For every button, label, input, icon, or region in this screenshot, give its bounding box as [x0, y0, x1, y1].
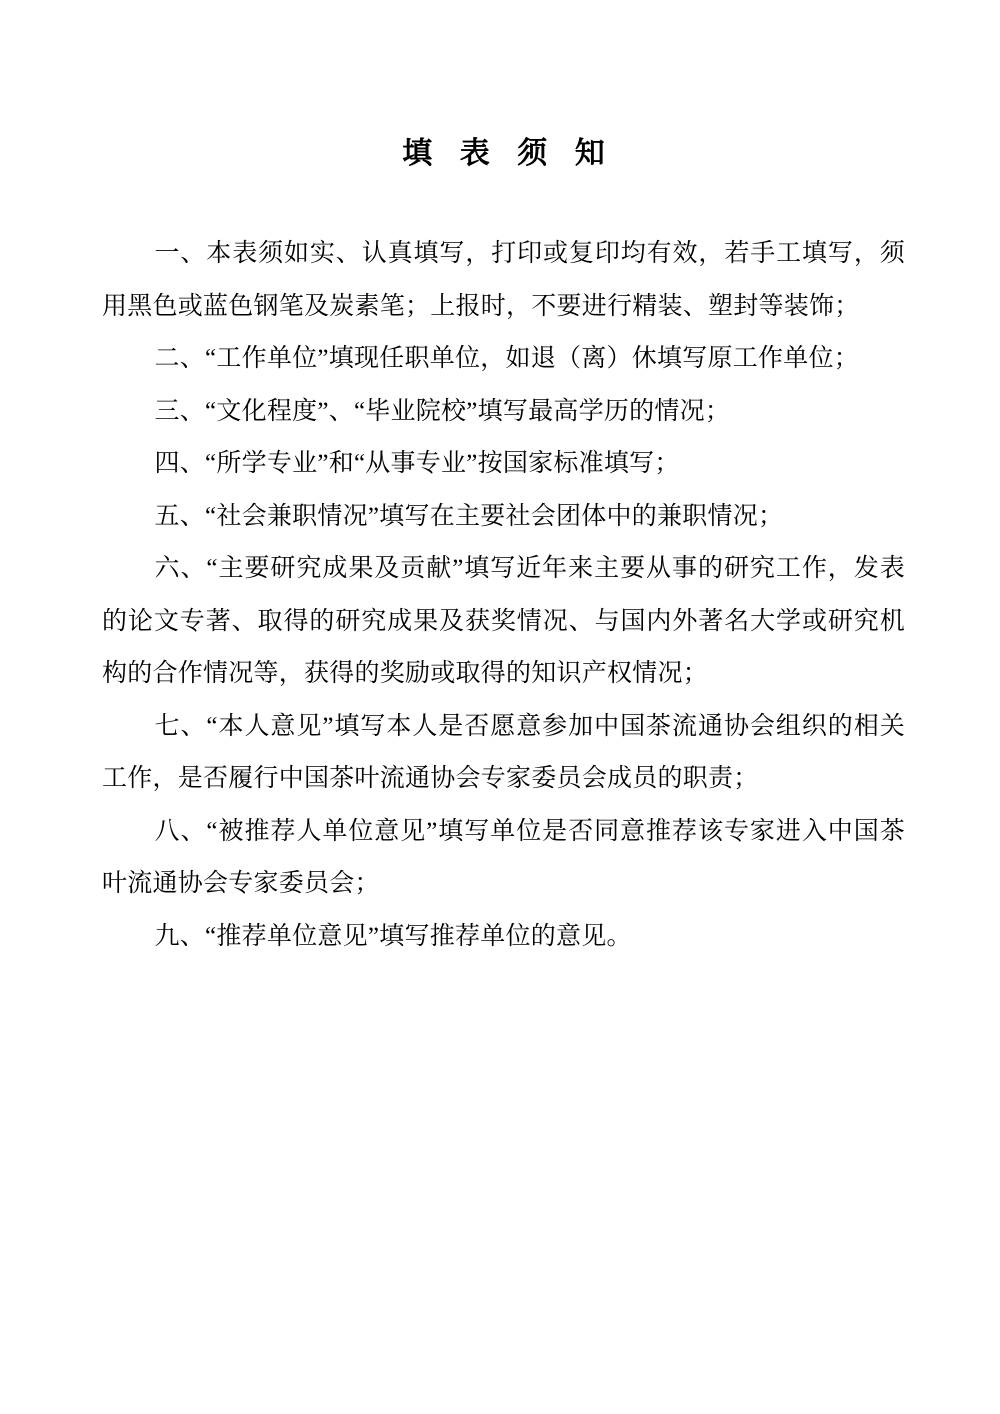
notice-paragraph-6: 六、“主要研究成果及贡献”填写近年来主要从事的研究工作，发表的论文专著、取得的研…: [102, 543, 905, 701]
notice-paragraph-5: 五、“社会兼职情况”填写在主要社会团体中的兼职情况；: [102, 491, 905, 544]
document-page: 填 表 须 知 一、本表须如实、认真填写，打印或复印均有效，若手工填写，须用黑色…: [0, 0, 1000, 1414]
page-title: 填 表 须 知: [102, 128, 905, 172]
notice-paragraph-3: 三、“文化程度”、“毕业院校”填写最高学历的情况；: [102, 386, 905, 439]
notice-paragraph-9: 九、“推荐单位意见”填写推荐单位的意见。: [102, 911, 905, 964]
notice-body: 一、本表须如实、认真填写，打印或复印均有效，若手工填写，须用黑色或蓝色钢笔及炭素…: [102, 228, 905, 963]
notice-paragraph-4: 四、“所学专业”和“从事专业”按国家标准填写；: [102, 438, 905, 491]
notice-paragraph-2: 二、“工作单位”填现任职单位，如退（离）休填写原工作单位；: [102, 333, 905, 386]
notice-paragraph-8: 八、“被推荐人单位意见”填写单位是否同意推荐该专家进入中国茶叶流通协会专家委员会…: [102, 806, 905, 911]
notice-paragraph-1: 一、本表须如实、认真填写，打印或复印均有效，若手工填写，须用黑色或蓝色钢笔及炭素…: [102, 228, 905, 333]
notice-paragraph-7: 七、“本人意见”填写本人是否愿意参加中国茶流通协会组织的相关工作，是否履行中国茶…: [102, 701, 905, 806]
